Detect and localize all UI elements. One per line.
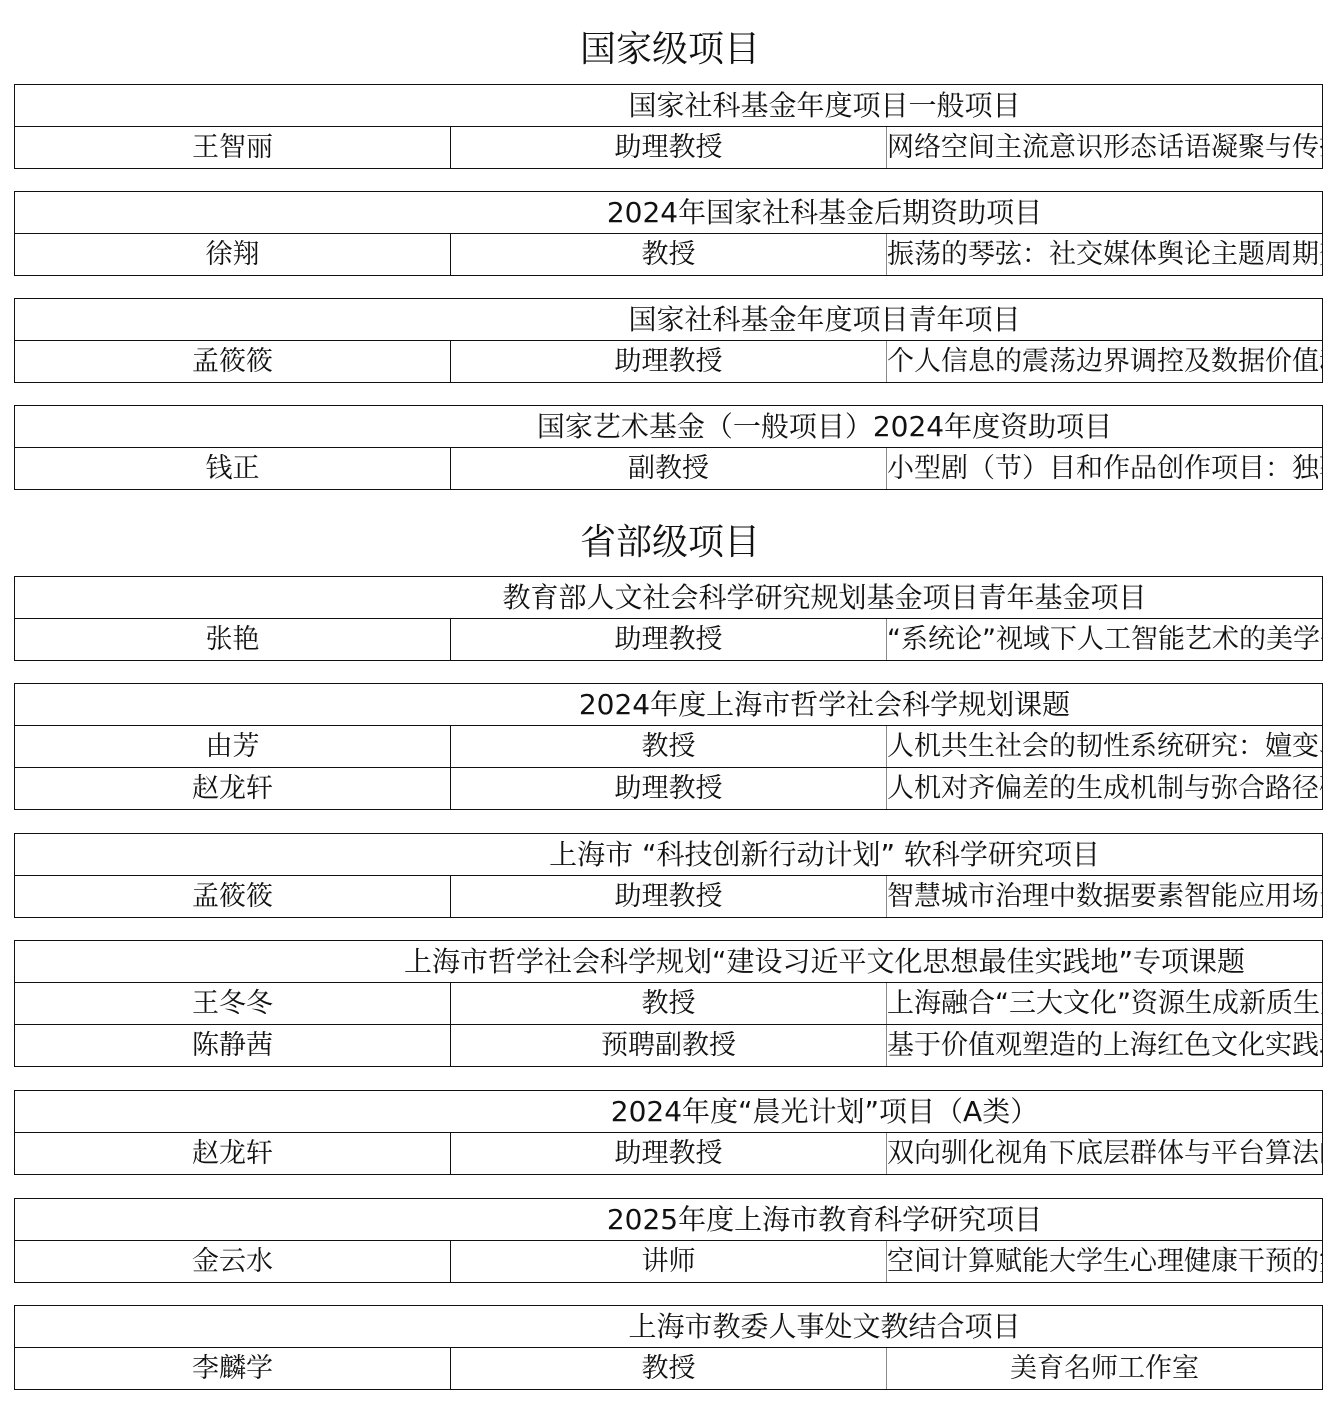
table-row: 陈静茜 预聘副教授 基于价值观塑造的上海红色文化实践地之数智化实现路径研究 — [15, 1025, 1323, 1067]
member-title: 教授 — [451, 234, 887, 276]
project-table: 2024年度“晨光计划”项目（A类） 赵龙轩 助理教授 双向驯化视角下底层群体与… — [14, 1090, 1323, 1175]
member-name: 王冬冬 — [15, 983, 451, 1025]
section-title-national: 国家级项目 — [0, 28, 1340, 72]
member-name: 孟筱筱 — [15, 876, 451, 918]
table-row: 李麟学 教授 美育名师工作室 — [15, 1348, 1323, 1390]
table-row: 徐翔 教授 振荡的琴弦：社交媒体舆论主题周期变化与调节研究 — [15, 234, 1323, 276]
project-topic: 美育名师工作室 — [887, 1348, 1323, 1390]
project-topic: 个人信息的震荡边界调控及数据价值动态释放机制研究 — [887, 341, 1323, 383]
project-topic: 振荡的琴弦：社交媒体舆论主题周期变化与调节研究 — [887, 234, 1323, 276]
project-category: 2024年度上海市哲学社会科学规划课题 — [327, 684, 1322, 725]
member-title: 助理教授 — [451, 619, 887, 661]
member-name: 赵龙轩 — [15, 768, 451, 810]
project-table: 上海市哲学社会科学规划“建设习近平文化思想最佳实践地”专项课题 王冬冬 教授 上… — [14, 940, 1323, 1067]
project-category: 国家艺术基金（一般项目）2024年度资助项目 — [327, 406, 1322, 447]
member-name: 陈静茜 — [15, 1025, 451, 1067]
project-topic: 小型剧（节）目和作品创作项目：独幕剧《把论文写在祖国大地上》 — [887, 448, 1323, 490]
project-topic: 智慧城市治理中数据要素智能应用场景创新研究 — [887, 876, 1323, 918]
member-name: 金云水 — [15, 1241, 451, 1283]
project-topic: 人机对齐偏差的生成机制与弥合路径研究 — [887, 768, 1323, 810]
project-category: 国家社科基金年度项目青年项目 — [327, 299, 1322, 340]
table-row: 金云水 讲师 空间计算赋能大学生心理健康干预的实践研究 — [15, 1241, 1323, 1283]
project-category: 国家社科基金年度项目一般项目 — [327, 85, 1322, 126]
project-topic: 双向驯化视角下底层群体与平台算法的互动机制研究 — [887, 1133, 1323, 1175]
project-topic: “系统论”视域下人工智能艺术的美学价值问题研究 — [887, 619, 1323, 661]
member-name: 孟筱筱 — [15, 341, 451, 383]
project-category: 上海市哲学社会科学规划“建设习近平文化思想最佳实践地”专项课题 — [327, 941, 1322, 982]
member-title: 助理教授 — [451, 341, 887, 383]
project-table: 2025年度上海市教育科学研究项目 金云水 讲师 空间计算赋能大学生心理健康干预… — [14, 1198, 1323, 1283]
project-table: 国家社科基金年度项目一般项目 王智丽 助理教授 网络空间主流意识形态话语凝聚与传… — [14, 84, 1323, 169]
table-row: 王智丽 助理教授 网络空间主流意识形态话语凝聚与传播引领研究 — [15, 127, 1323, 169]
table-row: 赵龙轩 助理教授 人机对齐偏差的生成机制与弥合路径研究 — [15, 768, 1323, 810]
member-name: 张艳 — [15, 619, 451, 661]
project-category: 2024年度“晨光计划”项目（A类） — [327, 1091, 1322, 1132]
project-table: 上海市 “科技创新行动计划” 软科学研究项目 孟筱筱 助理教授 智慧城市治理中数… — [14, 833, 1323, 918]
project-topic: 基于价值观塑造的上海红色文化实践地之数智化实现路径研究 — [887, 1025, 1323, 1067]
project-topic: 人机共生社会的韧性系统研究：嬗变、机制与根源 — [887, 726, 1323, 768]
project-table: 国家艺术基金（一般项目）2024年度资助项目 钱正 副教授 小型剧（节）目和作品… — [14, 405, 1323, 490]
member-title: 助理教授 — [451, 1133, 887, 1175]
table-row: 孟筱筱 助理教授 智慧城市治理中数据要素智能应用场景创新研究 — [15, 876, 1323, 918]
project-category: 上海市教委人事处文教结合项目 — [327, 1306, 1322, 1347]
project-table: 上海市教委人事处文教结合项目 李麟学 教授 美育名师工作室 — [14, 1305, 1323, 1390]
member-title: 助理教授 — [451, 127, 887, 169]
member-name: 王智丽 — [15, 127, 451, 169]
member-name: 李麟学 — [15, 1348, 451, 1390]
project-category: 2024年国家社科基金后期资助项目 — [327, 192, 1322, 233]
project-table: 2024年国家社科基金后期资助项目 徐翔 教授 振荡的琴弦：社交媒体舆论主题周期… — [14, 191, 1323, 276]
member-title: 教授 — [451, 983, 887, 1025]
member-title: 教授 — [451, 726, 887, 768]
table-row: 张艳 助理教授 “系统论”视域下人工智能艺术的美学价值问题研究 — [15, 619, 1323, 661]
member-name: 徐翔 — [15, 234, 451, 276]
member-title: 讲师 — [451, 1241, 887, 1283]
member-title: 教授 — [451, 1348, 887, 1390]
project-topic: 空间计算赋能大学生心理健康干预的实践研究 — [887, 1241, 1323, 1283]
member-name: 由芳 — [15, 726, 451, 768]
project-table: 国家社科基金年度项目青年项目 孟筱筱 助理教授 个人信息的震荡边界调控及数据价值… — [14, 298, 1323, 383]
member-title: 副教授 — [451, 448, 887, 490]
table-row: 赵龙轩 助理教授 双向驯化视角下底层群体与平台算法的互动机制研究 — [15, 1133, 1323, 1175]
project-category: 2025年度上海市教育科学研究项目 — [327, 1199, 1322, 1240]
table-row: 孟筱筱 助理教授 个人信息的震荡边界调控及数据价值动态释放机制研究 — [15, 341, 1323, 383]
project-topic: 网络空间主流意识形态话语凝聚与传播引领研究 — [887, 127, 1323, 169]
project-category: 上海市 “科技创新行动计划” 软科学研究项目 — [327, 834, 1322, 875]
member-title: 助理教授 — [451, 876, 887, 918]
member-name: 赵龙轩 — [15, 1133, 451, 1175]
project-table: 教育部人文社会科学研究规划基金项目青年基金项目 张艳 助理教授 “系统论”视域下… — [14, 576, 1323, 661]
table-row: 王冬冬 教授 上海融合“三大文化”资源生成新质生产力的策略研究 — [15, 983, 1323, 1025]
table-row: 钱正 副教授 小型剧（节）目和作品创作项目：独幕剧《把论文写在祖国大地上》 — [15, 448, 1323, 490]
section-title-provincial: 省部级项目 — [0, 521, 1340, 565]
project-table: 2024年度上海市哲学社会科学规划课题 由芳 教授 人机共生社会的韧性系统研究：… — [14, 683, 1323, 810]
table-row: 由芳 教授 人机共生社会的韧性系统研究：嬗变、机制与根源 — [15, 726, 1323, 768]
project-category: 教育部人文社会科学研究规划基金项目青年基金项目 — [327, 577, 1322, 618]
member-title: 助理教授 — [451, 768, 887, 810]
project-topic: 上海融合“三大文化”资源生成新质生产力的策略研究 — [887, 983, 1323, 1025]
member-title: 预聘副教授 — [451, 1025, 887, 1067]
member-name: 钱正 — [15, 448, 451, 490]
